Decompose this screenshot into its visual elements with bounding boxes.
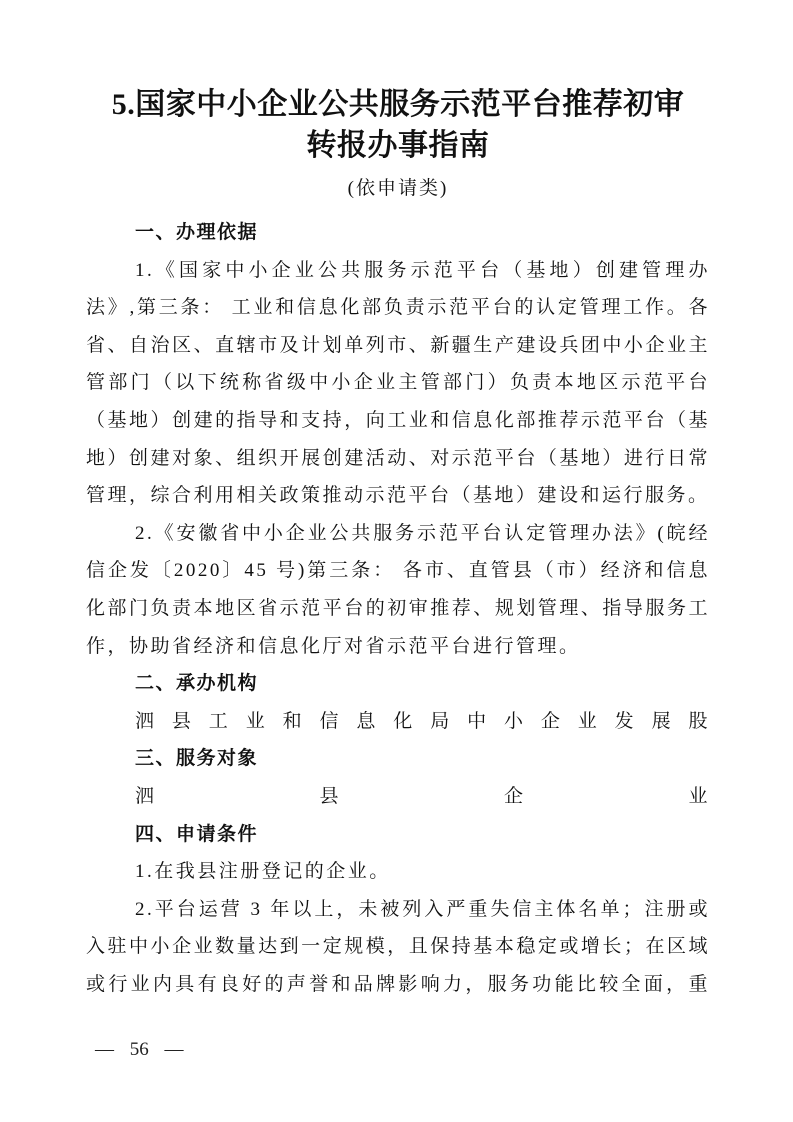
document-content: 5.国家中小企业公共服务示范平台推荐初审 转报办事指南 (依申请类) 一、办理依… xyxy=(86,84,710,1003)
section-heading: 四、申请条件 xyxy=(135,816,710,854)
document-subtitle: (依申请类) xyxy=(86,174,710,204)
document-body: 一、办理依据1.《国家中小企业公共服务示范平台（基地）创建管理办法》,第三条： … xyxy=(86,214,710,1003)
section-paragraph: 2.平台运营 3 年以上，未被列入严重失信主体名单；注册或入驻中小企业数量达到一… xyxy=(86,891,710,1004)
document-section-3: 三、服务对象泗县企业 xyxy=(86,740,710,815)
document-title-line2: 转报办事指南 xyxy=(307,129,490,162)
document-title: 5.国家中小企业公共服务示范平台推荐初审 转报办事指南 xyxy=(86,84,710,166)
section-paragraph: 1.在我县注册登记的企业。 xyxy=(86,853,710,891)
section-heading: 二、承办机构 xyxy=(135,665,710,703)
document-title-line1: 5.国家中小企业公共服务示范平台推荐初审 xyxy=(112,88,685,121)
document-page: 5.国家中小企业公共服务示范平台推荐初审 转报办事指南 (依申请类) 一、办理依… xyxy=(0,0,793,1122)
section-heading: 三、服务对象 xyxy=(135,740,710,778)
page-number: — 56 — xyxy=(95,1038,184,1062)
section-paragraph: 1.《国家中小企业公共服务示范平台（基地）创建管理办法》,第三条： 工业和信息化… xyxy=(86,252,710,515)
section-heading: 一、办理依据 xyxy=(135,214,710,252)
document-section-1: 一、办理依据1.《国家中小企业公共服务示范平台（基地）创建管理办法》,第三条： … xyxy=(86,214,710,665)
section-paragraph: 泗县企业 xyxy=(86,778,710,816)
section-paragraph: 泗县工业和信息化局中小企业发展股 xyxy=(86,703,710,741)
document-section-2: 二、承办机构泗县工业和信息化局中小企业发展股 xyxy=(86,665,710,740)
section-paragraph: 2.《安徽省中小企业公共服务示范平台认定管理办法》(皖经信企发〔2020〕45 … xyxy=(86,515,710,665)
document-section-4: 四、申请条件1.在我县注册登记的企业。2.平台运营 3 年以上，未被列入严重失信… xyxy=(86,816,710,1004)
